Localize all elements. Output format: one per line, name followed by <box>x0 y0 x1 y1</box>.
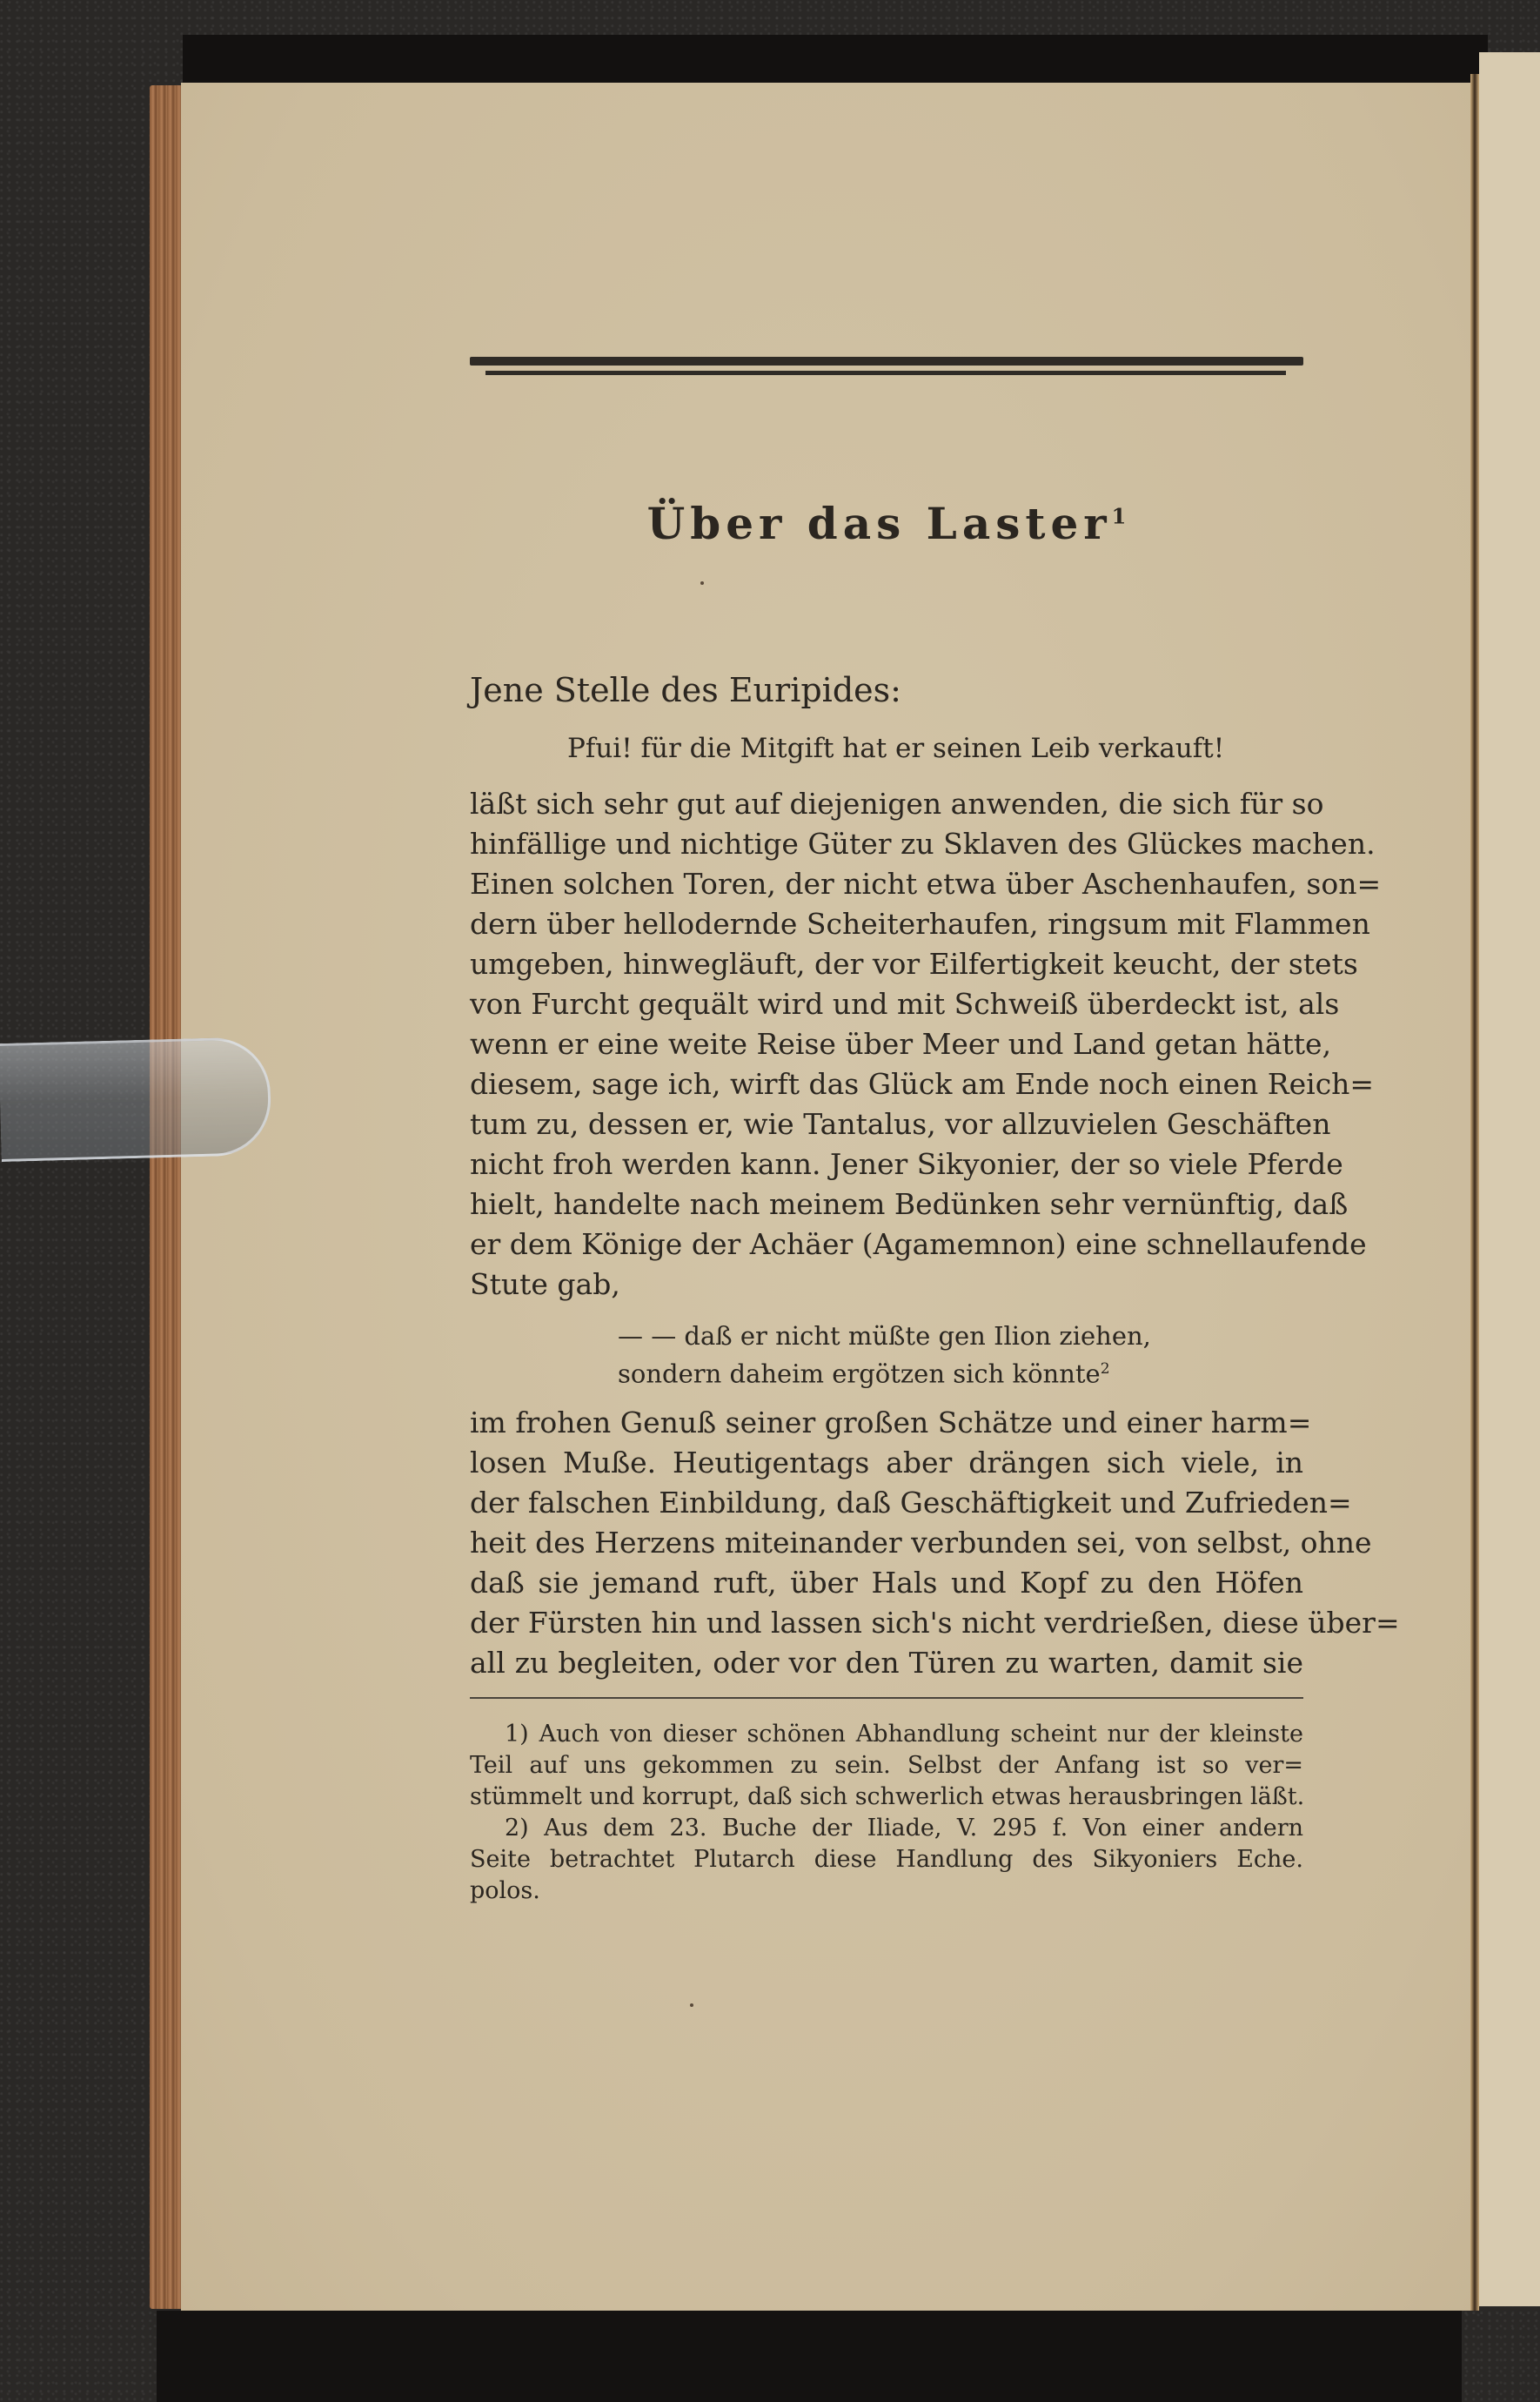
paper-speck <box>690 2003 693 2007</box>
page-gutter <box>1470 74 1479 2311</box>
header-rule-thick <box>470 357 1303 366</box>
paper-speck <box>700 581 704 585</box>
text-line: hielt, handelte nach meinem Bedünken seh… <box>470 1184 1303 1224</box>
chapter-title-text: Über das Laster <box>647 498 1112 549</box>
verse-line-text: sondern daheim ergötzen sich könnte <box>618 1359 1101 1389</box>
text-line: dern über hellodernde Scheiterhaufen, ri… <box>470 904 1303 944</box>
page-edges <box>150 85 183 2309</box>
euripides-quote: Pfui! für die Mitgift hat er seinen Leib… <box>567 729 1224 768</box>
next-page-edge <box>1479 52 1540 2306</box>
text-line: der falschen Einbildung, daß Geschäftigk… <box>470 1483 1303 1523</box>
text-line: läßt sich sehr gut auf diejenigen anwend… <box>470 784 1303 824</box>
shadow-top <box>183 35 1488 87</box>
verse-line: — — daß er nicht müßte gen Ilion ziehen, <box>618 1318 1151 1353</box>
footnote-1-line: 1) Auch von dieser schönen Abhandlung sc… <box>470 1719 1303 1750</box>
text-line: nicht froh werden kann. Jener Sikyonier,… <box>470 1144 1303 1184</box>
footnote-rule <box>470 1697 1303 1699</box>
text-line: heit des Herzens miteinander verbunden s… <box>470 1523 1303 1563</box>
verse-footnote-mark: 2 <box>1101 1360 1110 1378</box>
title-footnote-mark: 1 <box>1112 503 1127 528</box>
verse-line: sondern daheim ergötzen sich könnte2 <box>618 1352 1110 1392</box>
text-line: losen Muße. Heutigentags aber drängen si… <box>470 1443 1303 1483</box>
text-line: diesem, sage ich, wirft das Glück am End… <box>470 1064 1303 1104</box>
footnote-2-line: 2) Aus dem 23. Buche der Iliade, V. 295 … <box>470 1813 1303 1844</box>
footnote-1-line: stümmelt und korrupt, daß sich schwerlic… <box>470 1781 1303 1813</box>
text-line: im frohen Genuß seiner großen Schätze un… <box>470 1403 1303 1443</box>
text-line: Einen solchen Toren, der nicht etwa über… <box>470 864 1303 904</box>
header-rule-thin <box>485 371 1286 375</box>
text-line: wenn er eine weite Reise über Meer und L… <box>470 1024 1303 1064</box>
footnote-2-line: Seite betrachtet Plutarch diese Handlung… <box>470 1844 1303 1875</box>
glass-page-holder <box>0 1037 272 1162</box>
text-line: er dem Könige der Achäer (Agamemnon) ein… <box>470 1224 1303 1265</box>
text-line: daß sie jemand ruft, über Hals und Kopf … <box>470 1563 1303 1603</box>
footnote-1-line: Teil auf uns gekommen zu sein. Selbst de… <box>470 1750 1303 1781</box>
text-line: von Furcht gequält wird und mit Schweiß … <box>470 984 1303 1024</box>
text-line: hinfällige und nichtige Güter zu Sklaven… <box>470 824 1303 864</box>
chapter-title: Über das Laster1 <box>470 498 1303 549</box>
text-line: umgeben, hinwegläuft, der vor Eilfertigk… <box>470 944 1303 984</box>
text-line: der Fürsten hin und lassen sich's nicht … <box>470 1603 1303 1643</box>
text-line: tum zu, dessen er, wie Tantalus, vor all… <box>470 1104 1303 1144</box>
text-line: all zu begleiten, oder vor den Türen zu … <box>470 1643 1303 1683</box>
intro-line: Jene Stelle des Euripides: <box>470 668 901 712</box>
shadow-bottom <box>157 2311 1462 2402</box>
text-line: Stute gab, <box>470 1265 1303 1305</box>
footnote-2-line: polos. <box>470 1875 1303 1907</box>
